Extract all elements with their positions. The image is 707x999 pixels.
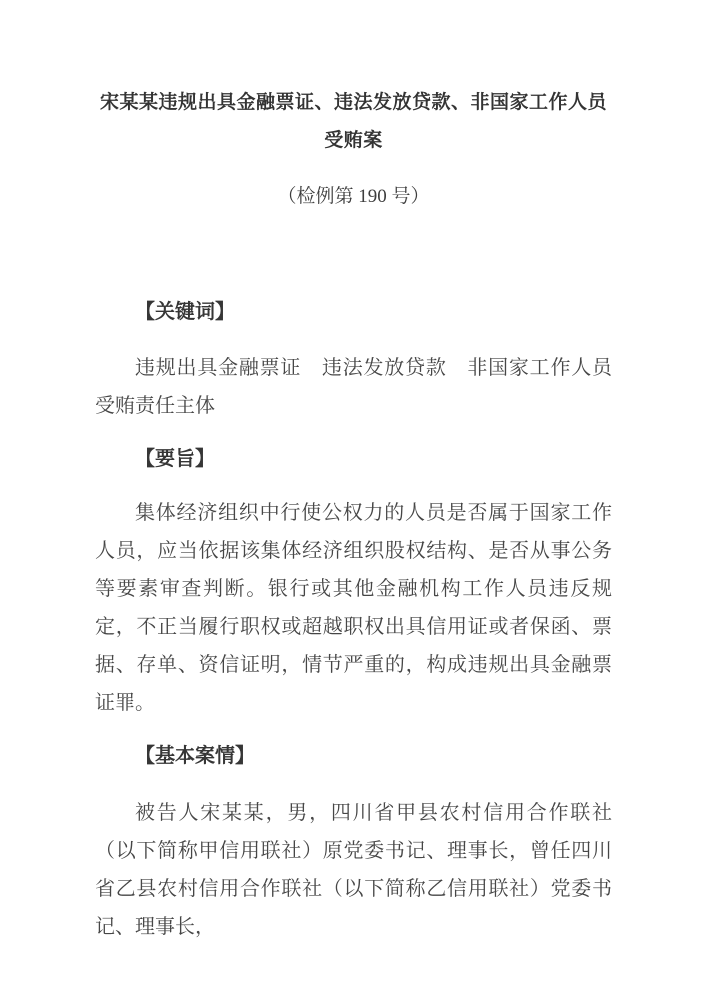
case-number: （检例第 190 号） bbox=[95, 178, 612, 216]
gist-paragraph: 集体经济组织中行使公权力的人员是否属于国家工作人员，应当依据该集体经济组织股权结… bbox=[95, 494, 612, 722]
section-heading-keywords: 【关键词】 bbox=[95, 293, 612, 331]
keywords-paragraph: 违规出具金融票证 违法发放贷款 非国家工作人员受贿责任主体 bbox=[95, 349, 612, 425]
section-heading-basic-facts: 【基本案情】 bbox=[95, 737, 612, 775]
document-title: 宋某某违规出具金融票证、违法发放贷款、非国家工作人员受贿案 bbox=[95, 84, 612, 160]
document-page: 宋某某违规出具金融票证、违法发放贷款、非国家工作人员受贿案 （检例第 190 号… bbox=[0, 0, 707, 999]
basic-facts-paragraph: 被告人宋某某，男，四川省甲县农村信用合作联社（以下简称甲信用联社）原党委书记、理… bbox=[95, 794, 612, 946]
section-heading-gist: 【要旨】 bbox=[95, 440, 612, 478]
